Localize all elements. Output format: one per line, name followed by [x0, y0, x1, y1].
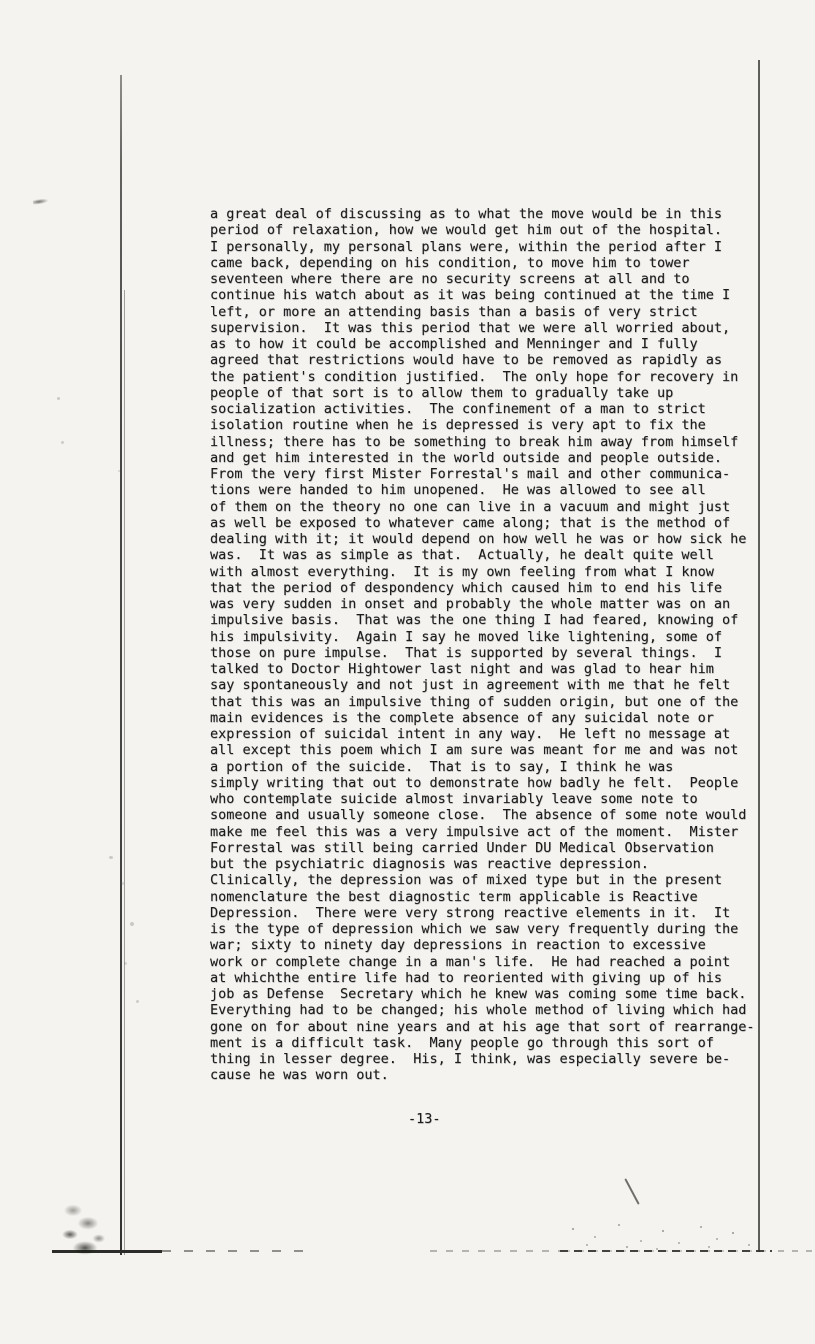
text-line: nomenclature the best diagnostic term ap… — [210, 889, 755, 905]
text-line: came back, depending on his condition, t… — [210, 255, 755, 271]
text-line: as well be exposed to whatever came alon… — [210, 515, 755, 531]
text-line: war; sixty to ninety day depressions in … — [210, 937, 755, 953]
small-smudge — [33, 198, 49, 205]
text-line: isolation routine when he is depressed i… — [210, 417, 755, 433]
text-line: Forrestal was still being carried Under … — [210, 840, 755, 856]
text-line: I personally, my personal plans were, wi… — [210, 239, 755, 255]
text-line: with almost everything. It is my own fee… — [210, 564, 755, 580]
text-line: expression of suicidal intent in any way… — [210, 726, 755, 742]
text-line: cause he was worn out. — [210, 1067, 755, 1083]
paper-speck — [130, 922, 134, 926]
text-line: all except this poem which I am sure was… — [210, 742, 755, 758]
text-line: a great deal of discussing as to what th… — [210, 206, 755, 222]
text-line: that the period of despondency which cau… — [210, 580, 755, 596]
text-line: as to how it could be accomplished and M… — [210, 336, 755, 352]
text-line: make me feel this was a very impulsive a… — [210, 824, 755, 840]
text-line: of them on the theory no one can live in… — [210, 499, 755, 515]
text-line: people of that sort is to allow them to … — [210, 385, 755, 401]
text-line: dealing with it; it would depend on how … — [210, 531, 755, 547]
text-line: was. It was as simple as that. Actually,… — [210, 547, 755, 563]
text-line: that this was an impulsive thing of sudd… — [210, 694, 755, 710]
text-line: Clinically, the depression was of mixed … — [210, 872, 755, 888]
text-line: and get him interested in the world outs… — [210, 450, 755, 466]
pen-stroke-mark — [624, 1178, 639, 1205]
text-line: ment is a difficult task. Many people go… — [210, 1035, 755, 1051]
scan-noise — [560, 1222, 562, 1224]
page-edge-line — [758, 60, 760, 1252]
text-line: is the type of depression which we saw v… — [210, 921, 755, 937]
text-line: but the psychiatric diagnosis was reacti… — [210, 856, 755, 872]
scan-bottom-edge-segment — [778, 1250, 815, 1252]
text-line: From the very first Mister Forrestal's m… — [210, 466, 755, 482]
text-line: supervision. It was this period that we … — [210, 320, 755, 336]
text-line: Everything had to be changed; his whole … — [210, 1002, 755, 1018]
text-line: a portion of the suicide. That is to say… — [210, 759, 755, 775]
text-line: work or complete change in a man's life.… — [210, 954, 755, 970]
text-line: left, or more an attending basis than a … — [210, 304, 755, 320]
text-line: agreed that restrictions would have to b… — [210, 352, 755, 368]
text-line: seventeen where there are no security sc… — [210, 271, 755, 287]
binding-crease-line — [120, 75, 122, 1255]
binding-crease-line-secondary — [124, 290, 125, 1255]
paper-speck — [61, 441, 64, 444]
paper-speck — [57, 397, 60, 400]
page-number: -13- — [408, 1111, 441, 1127]
text-line: was very sudden in onset and probably th… — [210, 596, 755, 612]
text-line: illness; there has to be something to br… — [210, 434, 755, 450]
text-line: impulsive basis. That was the one thing … — [210, 612, 755, 628]
text-line: say spontaneously and not just in agreem… — [210, 677, 755, 693]
text-line: continue his watch about as it was being… — [210, 287, 755, 303]
text-line: his impulsivity. Again I say he moved li… — [210, 629, 755, 645]
text-line: someone and usually someone close. The a… — [210, 807, 755, 823]
paper-speck — [118, 470, 120, 472]
scan-bottom-edge-segment — [430, 1250, 560, 1252]
text-line: talked to Doctor Hightower last night an… — [210, 661, 755, 677]
text-line: job as Defense Secretary which he knew w… — [210, 986, 755, 1002]
text-line: those on pure impulse. That is supported… — [210, 645, 755, 661]
text-line: Depression. There were very strong react… — [210, 905, 755, 921]
paper-speck — [109, 856, 113, 859]
text-line: at whichthe entire life had to reoriente… — [210, 970, 755, 986]
text-line: tions were handed to him unopened. He wa… — [210, 482, 755, 498]
scanned-document-page: a great deal of discussing as to what th… — [0, 0, 815, 1344]
document-text: a great deal of discussing as to what th… — [210, 206, 755, 1084]
text-line: thing in lesser degree. His, I think, wa… — [210, 1051, 755, 1067]
paper-speck — [121, 882, 124, 885]
ink-smudge — [52, 1202, 112, 1258]
text-line: socialization activities. The confinemen… — [210, 401, 755, 417]
text-line: who contemplate suicide almost invariabl… — [210, 791, 755, 807]
scan-bottom-edge-segment — [560, 1250, 772, 1252]
text-line: main evidences is the complete absence o… — [210, 710, 755, 726]
paper-speck — [136, 1000, 139, 1003]
paper-speck — [124, 962, 127, 965]
text-line: period of relaxation, how we would get h… — [210, 222, 755, 238]
scan-bottom-edge-segment — [162, 1250, 312, 1252]
text-line: simply writing that out to demonstrate h… — [210, 775, 755, 791]
text-line: gone on for about nine years and at his … — [210, 1019, 755, 1035]
text-line: the patient's condition justified. The o… — [210, 369, 755, 385]
